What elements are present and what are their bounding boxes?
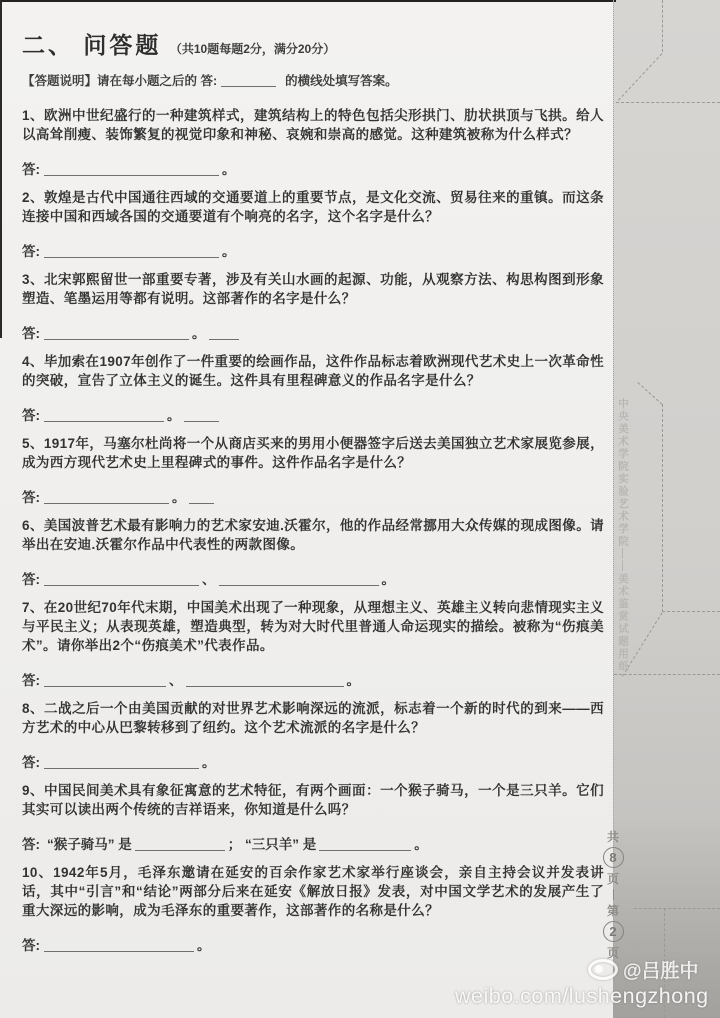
question-7: 7、在20世纪70年代末期，中国美术出现了一种现象，从理想主义、英雄主义转向悲情… [22, 598, 604, 689]
question-body: 美国波普艺术最有影响力的艺术家安迪.沃霍尔，他的作品经常挪用大众传媒的现成图像。… [22, 518, 604, 552]
answer-blank [219, 572, 379, 586]
answer-line-text: 。 [347, 673, 361, 688]
question-number: 7、 [22, 600, 44, 615]
section-header: 二、 问答题 （共10题每题2分，满分20分） [22, 30, 604, 60]
question-number: 4、 [22, 354, 44, 369]
question-number: 6、 [22, 518, 44, 533]
question-text: 7、在20世纪70年代末期，中国美术出现了一种现象，从理想主义、英雄主义转向悲情… [22, 598, 604, 655]
answer-instructions: 【答题说明】请在每小题之后的 答: 的横线处填写答案。 [22, 72, 604, 90]
answer-line: 答:。 [22, 158, 604, 178]
answer-line-text: 。 [197, 938, 211, 953]
question-body: 欧洲中世纪盛行的一种建筑样式，建筑结构上的特色包括尖形拱门、肋状拱顶与飞拱。给人… [22, 108, 604, 142]
answer-line-text: ； “三只羊” 是 [228, 837, 317, 852]
answer-blank [135, 837, 225, 851]
question-body: 中国民间美术具有象征寓意的艺术特征，有两个画面：一个猴子骑马，一个是三只羊。它们… [22, 783, 604, 817]
answer-label: 答: [22, 244, 40, 259]
question-number: 2、 [22, 190, 44, 205]
answer-blank [44, 755, 199, 769]
section-score-note: （共10题每题2分，满分20分） [170, 42, 335, 56]
question-number: 8、 [22, 701, 44, 716]
answer-line-text: 。 [222, 244, 236, 259]
answer-line: 答:、。 [22, 669, 604, 689]
watermark-url: weibo.com/lushengzhong [455, 984, 709, 1009]
question-body: 毕加索在1907年创作了一件重要的绘画作品，这件作品标志着欧洲现代艺术史上一次革… [22, 354, 604, 388]
answer-label: 答: [22, 490, 40, 505]
fold-mark-top-horizontal [616, 102, 720, 103]
fold-mark-top-vertical [662, 0, 663, 52]
fold-mark-bottom-horizontal [634, 908, 720, 909]
question-number: 9、 [22, 783, 44, 798]
answer-line-text: 、 [169, 673, 183, 688]
question-body: 在20世纪70年代末期，中国美术出现了一种现象，从理想主义、英雄主义转向悲情现实… [22, 600, 604, 653]
questions: 1、欧洲中世纪盛行的一种建筑样式，建筑结构上的特色包括尖形拱门、肋状拱顶与飞拱。… [22, 106, 604, 954]
answer-line-text: 。 [382, 572, 396, 587]
question-body: 二战之后一个由美国贡献的对世界艺术影响深远的流派，标志着一个新的时代的到来——西… [22, 701, 604, 735]
pages-unit: 页 [607, 870, 619, 887]
instructions-prefix: 【答题说明】请在每小题之后的 答: [22, 74, 217, 88]
question-9: 9、中国民间美术具有象征寓意的艺术特征，有两个画面：一个猴子骑马，一个是三只羊。… [22, 781, 604, 853]
question-body: 敦煌是古代中国通往西域的交通要道上的重要节点，是文化交流、贸易往来的重镇。而这条… [22, 190, 604, 224]
answer-line-text: 、 [202, 572, 216, 587]
page-label: 第 [607, 902, 619, 919]
answer-line: 答:、。 [22, 568, 604, 588]
answer-blank [209, 326, 239, 340]
question-4: 4、毕加索在1907年创作了一件重要的绘画作品，这件作品标志着欧洲现代艺术史上一… [22, 352, 604, 424]
answer-line: 答:。 [22, 322, 604, 342]
question-10: 10、1942年5月，毛泽东邀请在延安的百余作家艺术家举行座谈会，亲自主持会议并… [22, 863, 604, 954]
answer-line-text: 。 [222, 162, 236, 177]
question-text: 2、敦煌是古代中国通往西域的交通要道上的重要节点，是文化交流、贸易往来的重镇。而… [22, 188, 604, 226]
watermark-handle: @吕胜中 [588, 956, 699, 983]
answer-line-text: “猴子骑马” 是 [47, 837, 132, 852]
answer-blank [319, 837, 411, 851]
question-8: 8、二战之后一个由美国贡献的对世界艺术影响深远的流派，标志着一个新的时代的到来—… [22, 699, 604, 771]
answer-blank [44, 162, 219, 176]
question-text: 4、毕加索在1907年创作了一件重要的绘画作品，这件作品标志着欧洲现代艺术史上一… [22, 352, 604, 390]
answer-blank [44, 938, 194, 952]
answer-blank [184, 408, 219, 422]
answer-label: 答: [22, 837, 40, 852]
question-number: 10、 [22, 865, 53, 880]
pages-total-number: 8 [603, 847, 624, 868]
question-2: 2、敦煌是古代中国通往西域的交通要道上的重要节点，是文化交流、贸易往来的重镇。而… [22, 188, 604, 260]
answer-label: 答: [22, 572, 40, 587]
pages-total-label: 共 [607, 828, 619, 845]
question-number: 5、 [22, 436, 44, 451]
fold-mark-mid-vertical [662, 404, 663, 612]
instructions-sample-blank [221, 73, 276, 87]
answer-label: 答: [22, 938, 40, 953]
question-text: 8、二战之后一个由美国贡献的对世界艺术影响深远的流派，标志着一个新的时代的到来—… [22, 699, 604, 737]
answer-line: 答:。 [22, 404, 604, 424]
answer-line: 答:“猴子骑马” 是； “三只羊” 是。 [22, 833, 604, 853]
answer-label: 答: [22, 673, 40, 688]
question-3: 3、北宋郭熙留世一部重要专著，涉及有关山水画的起源、功能，从观察方法、构思构图到… [22, 270, 604, 342]
fold-mark-mid-horizontal [662, 611, 720, 612]
question-text: 9、中国民间美术具有象征寓意的艺术特征，有两个画面：一个猴子骑马，一个是三只羊。… [22, 781, 604, 819]
answer-blank [44, 408, 164, 422]
section-title: 二、 问答题 [22, 32, 161, 58]
question-text: 10、1942年5月，毛泽东邀请在延安的百余作家艺术家举行座谈会，亲自主持会议并… [22, 863, 604, 920]
page-counter: 共 8 页 第 2 页 [599, 828, 627, 961]
question-1: 1、欧洲中世纪盛行的一种建筑样式，建筑结构上的特色包括尖形拱门、肋状拱顶与飞拱。… [22, 106, 604, 178]
question-text: 5、1917年，马塞尔杜尚将一个从商店买来的男用小便器签字后送去美国独立艺术家展… [22, 434, 604, 472]
question-5: 5、1917年，马塞尔杜尚将一个从商店买来的男用小便器签字后送去美国独立艺术家展… [22, 434, 604, 506]
answer-label: 答: [22, 408, 40, 423]
answer-line-text: 。 [414, 837, 428, 852]
answer-line: 答:。 [22, 934, 604, 954]
exam-page: 二、 问答题 （共10题每题2分，满分20分） 【答题说明】请在每小题之后的 答… [0, 0, 613, 1018]
answer-line: 答:。 [22, 751, 604, 771]
question-text: 6、美国波普艺术最有影响力的艺术家安迪.沃霍尔，他的作品经常挪用大众传媒的现成图… [22, 516, 604, 554]
answer-blank [189, 490, 214, 504]
question-text: 3、北宋郭熙留世一部重要专著，涉及有关山水画的起源、功能，从观察方法、构思构图到… [22, 270, 604, 308]
answer-blank [44, 490, 169, 504]
answer-label: 答: [22, 162, 40, 177]
answer-line-text: 。 [172, 490, 186, 505]
question-body: 1942年5月，毛泽东邀请在延安的百余作家艺术家举行座谈会，亲自主持会议并发表讲… [22, 865, 604, 918]
answer-line: 答:。 [22, 240, 604, 260]
answer-label: 答: [22, 326, 40, 341]
sheet-vertical-caption: 中央美术学院实验艺术学院——美术鉴赏试题用纸 [616, 398, 631, 690]
weibo-logo-icon [588, 959, 618, 980]
answer-blank [44, 326, 189, 340]
answer-label: 答: [22, 755, 40, 770]
question-6: 6、美国波普艺术最有影响力的艺术家安迪.沃霍尔，他的作品经常挪用大众传媒的现成图… [22, 516, 604, 588]
answer-line-text: 。 [192, 326, 206, 341]
question-number: 1、 [22, 108, 44, 123]
answer-line-text: 。 [202, 755, 216, 770]
answer-line-text: 。 [167, 408, 181, 423]
watermark-username: @吕胜中 [623, 956, 699, 983]
answer-blank [44, 244, 219, 258]
page-number: 2 [603, 921, 624, 942]
page-counter-divider [613, 889, 614, 900]
question-text: 1、欧洲中世纪盛行的一种建筑样式，建筑结构上的特色包括尖形拱门、肋状拱顶与飞拱。… [22, 106, 604, 144]
question-number: 3、 [22, 272, 44, 287]
answer-blank [44, 572, 199, 586]
answer-blank [44, 673, 166, 687]
question-body: 北宋郭熙留世一部重要专著，涉及有关山水画的起源、功能，从观察方法、构思构图到形象… [22, 272, 604, 306]
instructions-suffix: 的横线处填写答案。 [285, 74, 398, 88]
answer-blank [186, 673, 344, 687]
answer-line: 答:。 [22, 486, 604, 506]
question-body: 1917年，马塞尔杜尚将一个从商店买来的男用小便器签字后送去美国独立艺术家展览参… [22, 436, 604, 470]
